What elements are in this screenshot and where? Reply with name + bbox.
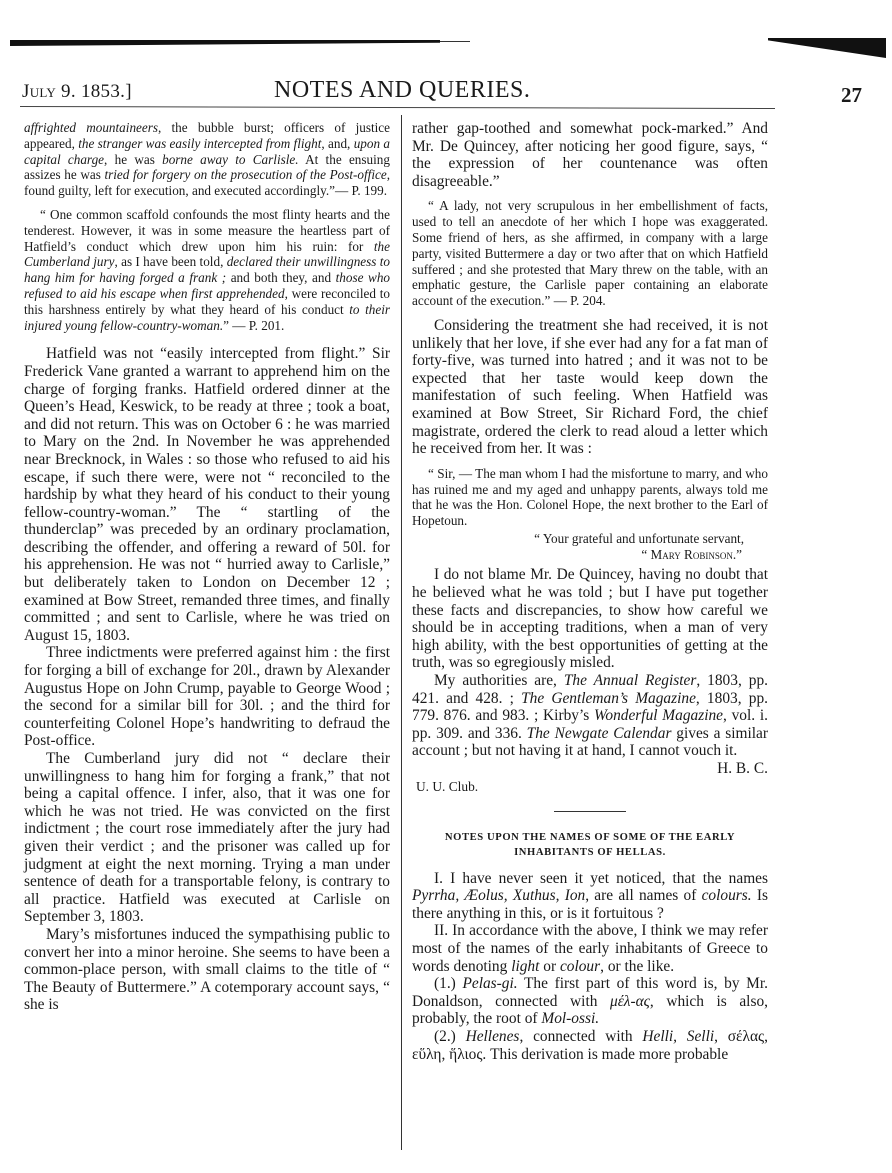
top-border-thin — [440, 41, 470, 42]
author-signature-row: H. B. C. — [412, 760, 768, 778]
issue-date: July 9. 1853.] — [22, 81, 132, 103]
paragraph-authorities: My authorities are, The Annual Register,… — [412, 672, 768, 760]
paragraph-indictments: Three indictments were preferred against… — [24, 644, 390, 750]
letter-signature: “ Mary Robinson.” — [412, 547, 768, 563]
paragraph-continuation: rather gap-toothed and somewhat pock-mar… — [412, 120, 768, 190]
left-column: affrighted mountaineers, the bubble burs… — [24, 120, 390, 1014]
header-rule — [20, 106, 775, 109]
paragraph-hatfield-flight: Hatfield was not “easily intercepted fro… — [24, 345, 390, 644]
quote-letter: “ Sir, — The man whom I had the misfortu… — [412, 466, 768, 529]
article-title: NOTES UPON THE NAMES OF SOME OF THE EARL… — [412, 830, 768, 860]
article-title-line-1: NOTES UPON THE NAMES OF SOME OF THE EARL… — [412, 830, 768, 845]
quote-de-quincey-199: affrighted mountaineers, the bubble burs… — [24, 120, 390, 199]
section-rule — [554, 811, 626, 812]
article-title-line-2: INHABITANTS OF HELLAS. — [412, 845, 768, 860]
column-divider — [401, 115, 402, 1150]
letter-close: “ Your grateful and unfortunate servant, — [412, 531, 768, 547]
top-border-wedge — [768, 38, 886, 58]
paragraph-hellenes: (2.) Hellenes, connected with Helli, Sel… — [412, 1028, 768, 1063]
paragraph-de-quincey: I do not blame Mr. De Quincey, having no… — [412, 566, 768, 672]
right-column: rather gap-toothed and somewhat pock-mar… — [412, 120, 768, 1063]
page-number: 27 — [841, 83, 862, 108]
paragraph-pelasgi: (1.) Pelas-gi. The first part of this wo… — [412, 975, 768, 1028]
paragraph-mary-misfortunes: Mary’s misfortunes induced the sympathis… — [24, 926, 390, 1014]
running-head: July 9. 1853.] NOTES AND QUERIES. 27 — [22, 75, 882, 105]
paragraph-hellas-1: I. I have never seen it yet noticed, tha… — [412, 870, 768, 923]
paragraph-considering-treatment: Considering the treatment she had receiv… — [412, 317, 768, 458]
author-club: U. U. Club. — [412, 778, 768, 795]
quote-de-quincey-201: “ One common scaffold confounds the most… — [24, 207, 390, 333]
quote-lady-anecdote: “ A lady, not very scrupulous in her emb… — [412, 198, 768, 309]
top-border-bar — [10, 40, 440, 46]
paragraph-hellas-2: II. In accordance with the above, I thin… — [412, 922, 768, 975]
journal-title: NOTES AND QUERIES. — [274, 77, 530, 104]
paragraph-cumberland-jury: The Cumberland jury did not “ declare th… — [24, 750, 390, 926]
author-signature: H. B. C. — [717, 760, 768, 778]
